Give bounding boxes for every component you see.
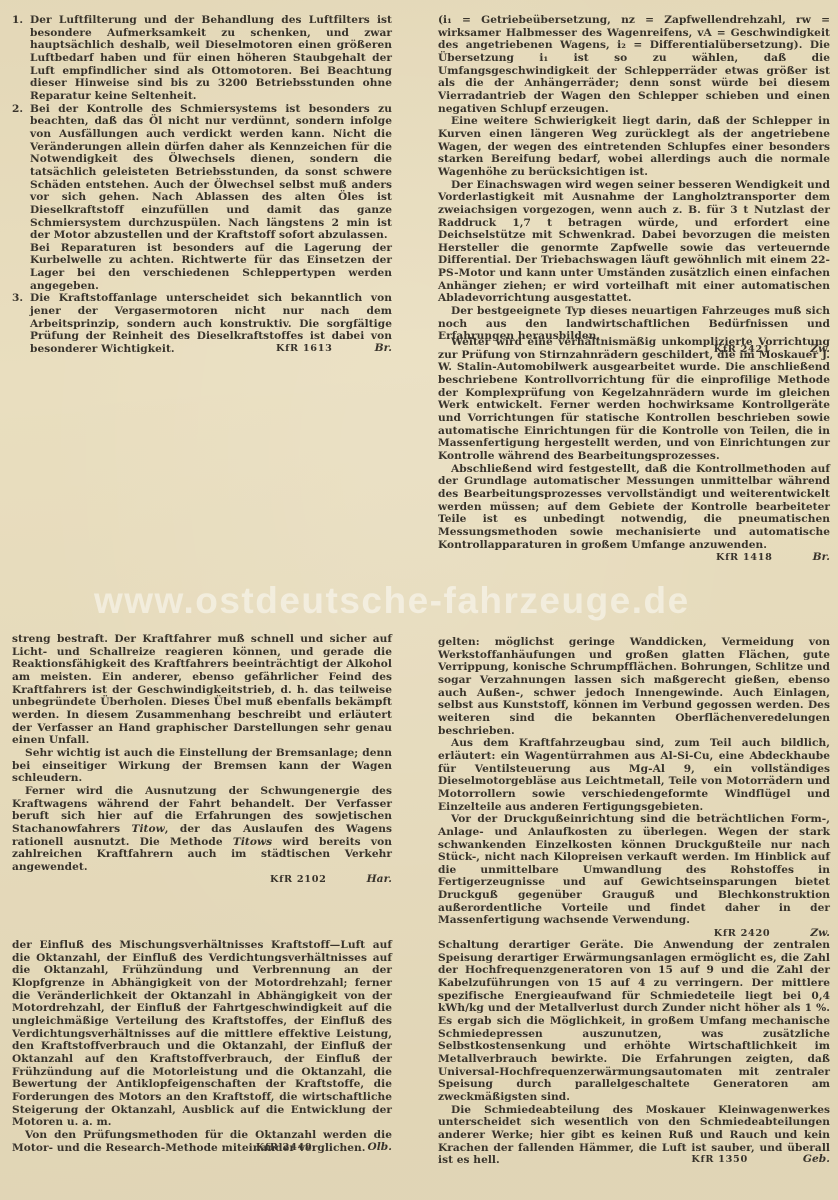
abstract-paragraph: Schaltung derartiger Geräte. Die Anwendu… bbox=[438, 939, 830, 1104]
list-item: 3. Die Kraftstoffanlage unterscheidet si… bbox=[12, 292, 392, 355]
abstract-paragraph: Eine weitere Schwierigkeit liegt darin, … bbox=[438, 115, 830, 178]
abstract-block-die-casting: gelten: möglichst geringe Wanddicken, Ve… bbox=[438, 636, 830, 941]
reference-group: KfR 2449 Olb. bbox=[243, 1141, 392, 1155]
reviewer-signature: Br. bbox=[813, 551, 830, 564]
scanned-abstract-page: { "page": { "watermark": "www.ostdeutsch… bbox=[0, 0, 838, 1200]
abstract-paragraph: Vor der Druckgußeinrichtung sind die bet… bbox=[438, 813, 830, 927]
abstract-paragraph: Die Schmiedeabteilung des Moskauer Klein… bbox=[438, 1104, 830, 1167]
abstract-paragraph: Bei der Kontrolle des Schmiersystems ist… bbox=[30, 103, 392, 242]
abstract-paragraph: Sehr wichtig ist auch die Einstellung de… bbox=[12, 747, 392, 785]
italic-name: Titows bbox=[233, 836, 272, 848]
abstract-paragraph: Der Luftfilterung und der Behandlung des… bbox=[30, 14, 392, 103]
item-number: 1. bbox=[12, 14, 23, 27]
item-number: 2. bbox=[12, 103, 23, 116]
reference-group: KfR 1613 Br. bbox=[276, 342, 392, 356]
reviewer-signature: Har. bbox=[367, 873, 392, 886]
abstract-paragraph: Ferner wird die Ausnutzung der Schwungen… bbox=[12, 785, 392, 874]
reviewer-signature: Geb. bbox=[790, 1153, 830, 1166]
abstract-block-driver-behaviour: streng bestraft. Der Kraftfahrer muß sch… bbox=[12, 633, 392, 887]
abstract-paragraph: Die Kraftstoffanlage unterscheidet sich … bbox=[30, 292, 392, 355]
abstract-paragraph: Der Einachswagen wird wegen seiner besse… bbox=[438, 179, 830, 306]
abstract-paragraph: der Einfluß des Mischungsverhältnisses K… bbox=[12, 939, 392, 1129]
paper-background: www.ostdeutsche-fahrzeuge.de 1. Der Luft… bbox=[0, 0, 838, 1200]
abstract-paragraph: gelten: möglichst geringe Wanddicken, Ve… bbox=[438, 636, 830, 737]
reviewer-signature: Br. bbox=[375, 342, 392, 355]
reference-group: KfR 2102 Har. bbox=[12, 873, 392, 887]
abstract-block-tractor-trailer: (i₁ = Getriebeübersetzung, nz = Zapfwell… bbox=[438, 14, 830, 357]
kfr-reference: KfR 1350 bbox=[678, 1154, 748, 1167]
kfr-reference: KfR 1418 bbox=[716, 552, 773, 565]
reviewer-signature: Olb. bbox=[354, 1141, 392, 1154]
reference-group: KfR 1418 Br. bbox=[438, 551, 830, 565]
abstract-paragraph: Aus dem Kraftfahrzeugbau sind, zum Teil … bbox=[438, 737, 830, 813]
watermark-text: www.ostdeutsche-fahrzeuge.de bbox=[94, 580, 690, 622]
italic-name: Titow bbox=[132, 823, 165, 835]
kfr-reference: KfR 2102 bbox=[270, 874, 327, 887]
abstract-block-octane: der Einfluß des Mischungsverhältnisses K… bbox=[12, 939, 392, 1154]
reviewer-signature: Zw. bbox=[810, 927, 830, 940]
abstract-paragraph: Von den Prüfungsmethoden für die Oktanza… bbox=[12, 1129, 392, 1154]
abstract-paragraph: Bei Reparaturen ist besonders auf die La… bbox=[30, 242, 392, 293]
abstract-block-gear-inspection: Weiter wird eine verhältnismäßig unkompl… bbox=[438, 336, 830, 565]
reference-group: KfR 1350 Geb. bbox=[678, 1153, 830, 1167]
item-number: 3. bbox=[12, 292, 23, 305]
kfr-reference: KfR 2449 bbox=[243, 1142, 313, 1155]
abstract-block-forging-heaters: Schaltung derartiger Geräte. Die Anwendu… bbox=[438, 939, 830, 1167]
list-item: 1. Der Luftfilterung und der Behandlung … bbox=[12, 14, 392, 103]
abstract-paragraph: Abschließend wird festgestellt, daß die … bbox=[438, 463, 830, 552]
list-item: 2. Bei der Kontrolle des Schmiersystems … bbox=[12, 103, 392, 293]
abstract-paragraph: (i₁ = Getriebeübersetzung, nz = Zapfwell… bbox=[438, 14, 830, 115]
abstract-paragraph: Weiter wird eine verhältnismäßig unkompl… bbox=[438, 336, 830, 463]
abstract-block-diesel-maintenance: 1. Der Luftfilterung und der Behandlung … bbox=[12, 14, 392, 356]
kfr-reference: KfR 1613 bbox=[276, 343, 333, 356]
abstract-paragraph: streng bestraft. Der Kraftfahrer muß sch… bbox=[12, 633, 392, 747]
